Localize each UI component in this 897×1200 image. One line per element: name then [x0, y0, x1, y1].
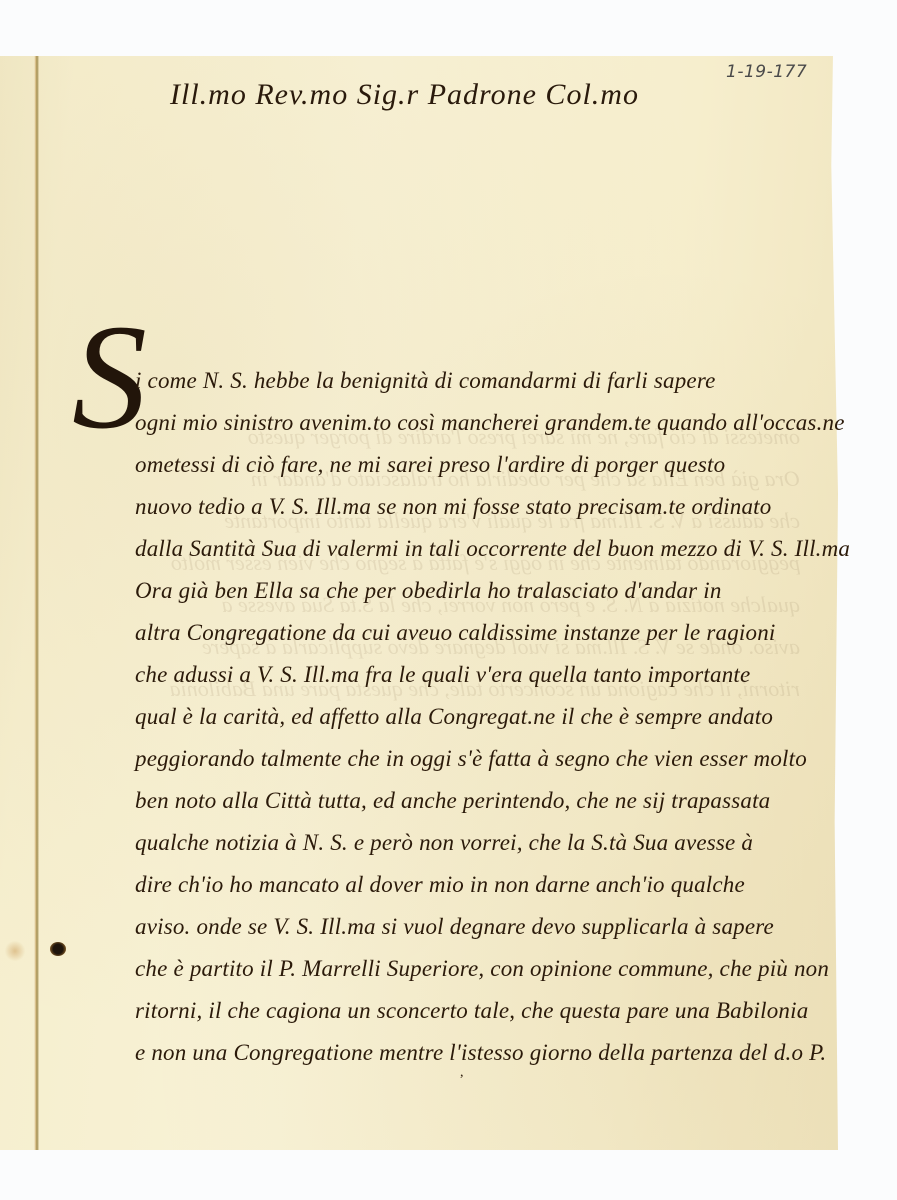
text-line: nuovo tedio a V. S. Ill.ma se non mi fos… [135, 486, 835, 528]
text-line: i come N. S. hebbe la benignità di coman… [135, 360, 835, 402]
text-line: aviso. onde se V. S. Ill.ma si vuol degn… [135, 906, 835, 948]
text-line: qualche notizia à N. S. e però non vorre… [135, 822, 835, 864]
text-line: e non una Congregatione mentre l'istesso… [135, 1032, 835, 1074]
text-line: ben noto alla Città tutta, ed anche peri… [135, 780, 835, 822]
ink-mark: , [460, 1065, 464, 1081]
text-line: che è partito il P. Marrelli Superiore, … [135, 948, 835, 990]
text-line: ritorni, il che cagiona un sconcerto tal… [135, 990, 835, 1032]
text-line: ometessi di ciò fare, ne mi sarei preso … [135, 444, 835, 486]
text-line: ogni mio sinistro avenim.to così mancher… [135, 402, 835, 444]
text-line: altra Congregatione da cui aveuo caldiss… [135, 612, 835, 654]
text-line: peggiorando talmente che in oggi s'è fat… [135, 738, 835, 780]
ink-blot [50, 942, 66, 956]
text-line: dalla Santità Sua di valermi in tali occ… [135, 528, 835, 570]
text-line: Ora già ben Ella sa che per obedirla ho … [135, 570, 835, 612]
text-line: qual è la carità, ed affetto alla Congre… [135, 696, 835, 738]
salutation: Ill.mo Rev.mo Sig.r Padrone Col.mo [170, 78, 639, 112]
foxing-stain [4, 941, 26, 961]
text-line: dire ch'io ho mancato al dover mio in no… [135, 864, 835, 906]
binding-crease [34, 56, 39, 1150]
archive-reference: 1-19-177 [726, 62, 807, 82]
text-line: che adussi a V. S. Ill.ma fra le quali v… [135, 654, 835, 696]
letter-body: i come N. S. hebbe la benignità di coman… [135, 360, 835, 1074]
